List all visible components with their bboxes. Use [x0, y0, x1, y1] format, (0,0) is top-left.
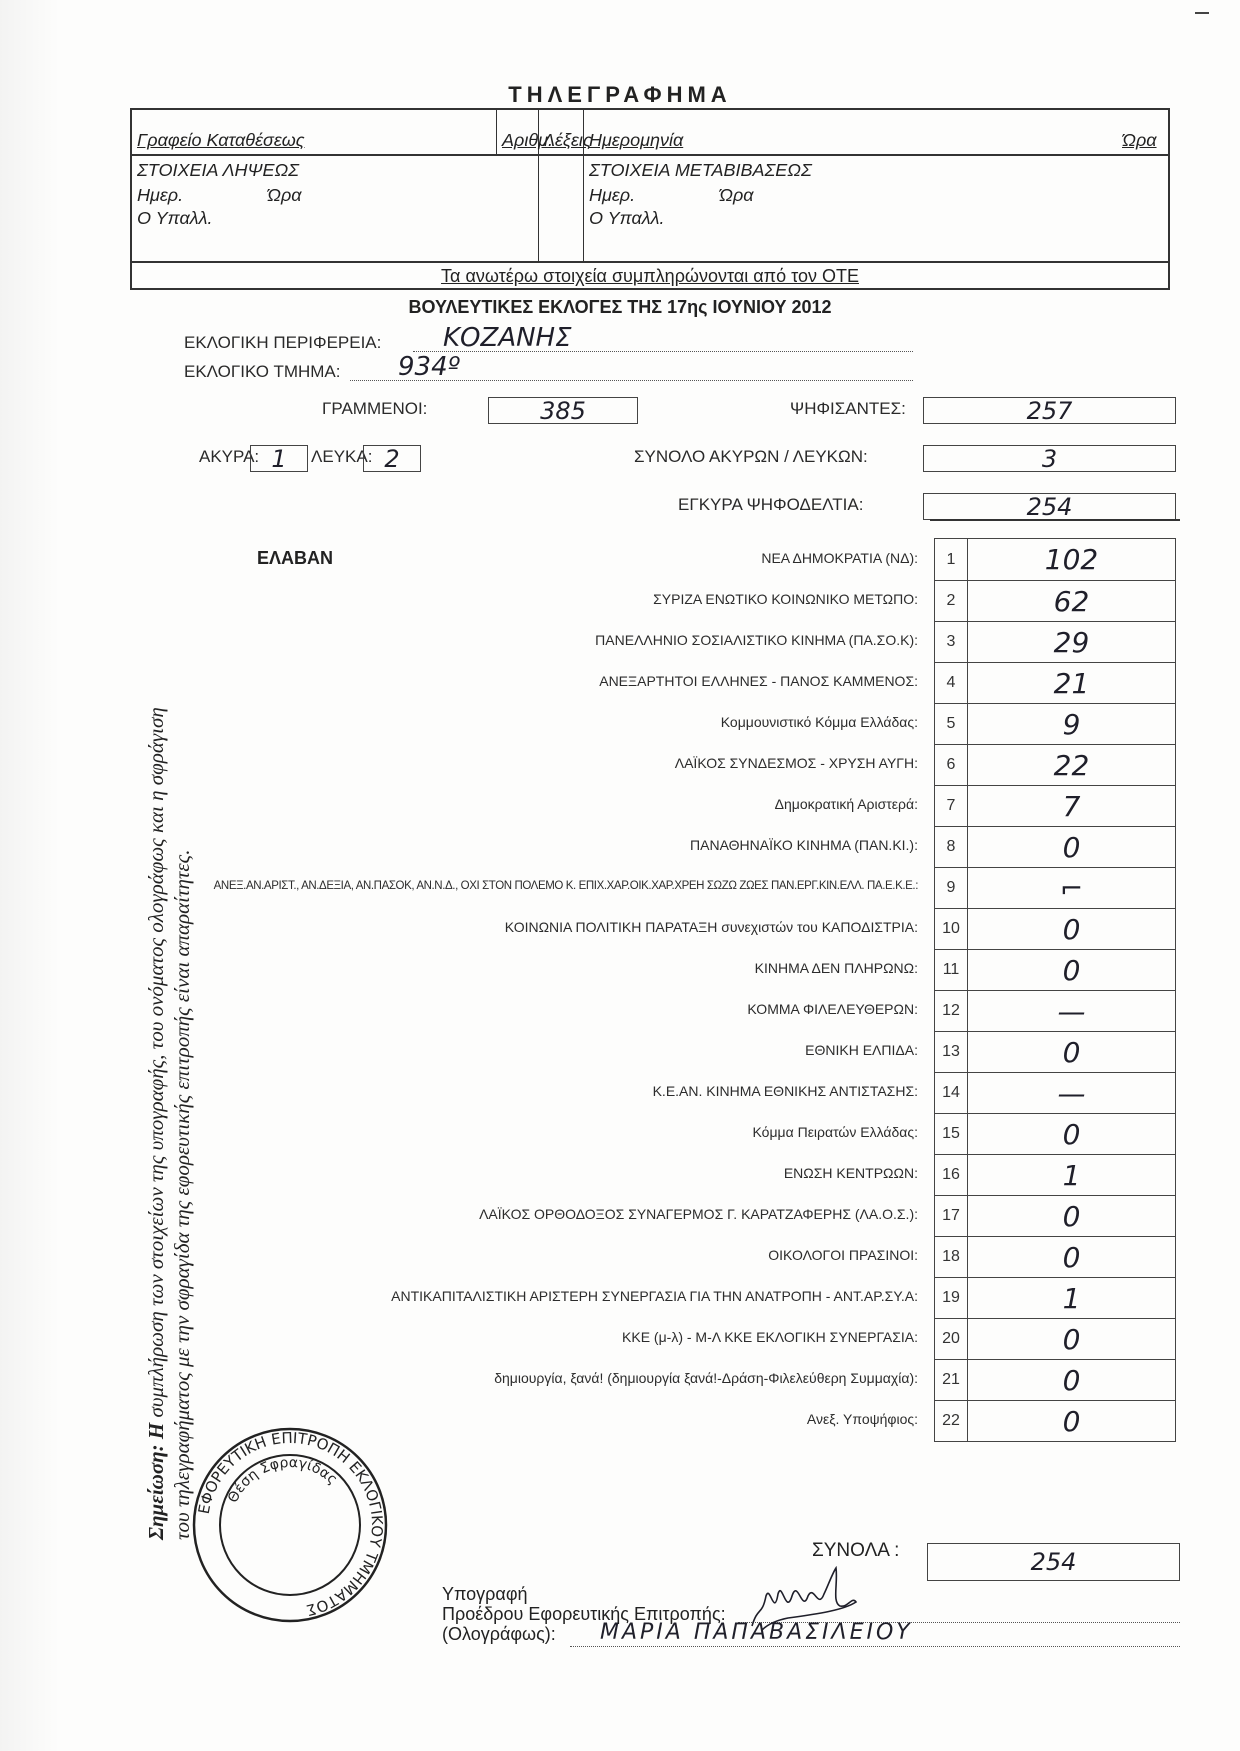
- results-table: 11022623294215962277809⌐10011012—13014—1…: [934, 538, 1176, 1442]
- party-votes-field[interactable]: 0: [968, 1196, 1175, 1236]
- section-value: 934º: [398, 352, 460, 382]
- party-votes-field[interactable]: 7: [968, 786, 1175, 826]
- party-votes-field[interactable]: 0: [968, 1360, 1175, 1400]
- party-number: 21: [935, 1360, 968, 1400]
- valid-label: ΕΓΚΥΡΑ ΨΗΦΟΔΕΛΤΙΑ:: [678, 495, 863, 515]
- party-name: ΚΟΙΝΩΝΙΑ ΠΟΛΙΤΙΚΗ ΠΑΡΑΤΑΞΗ συνεχιστών το…: [505, 919, 918, 935]
- party-number: 6: [935, 745, 968, 785]
- invalid-value: 1: [271, 445, 286, 473]
- ote-box: Γραφείο Καταθέσεως Αριθμ. Λέξεις Ημερομη…: [130, 108, 1170, 290]
- party-votes: 22: [1054, 749, 1090, 782]
- party-name: ΚΚΕ (μ-λ) - Μ-Λ ΚΚΕ ΕΚΛΟΓΙΚΗ ΣΥΝΕΡΓΑΣΙΑ:: [622, 1329, 918, 1345]
- party-number: 11: [935, 950, 968, 990]
- full-name-field[interactable]: [570, 1646, 1180, 1647]
- invalid-blank-total-label: ΣΥΝΟΛΟ ΑΚΥΡΩΝ / ΛΕΥΚΩΝ:: [634, 447, 868, 467]
- party-name: Ανεξ. Υποψήφιος:: [807, 1411, 918, 1427]
- invalid-blank-total-field[interactable]: 3: [923, 445, 1176, 472]
- results-row: 191: [935, 1277, 1175, 1318]
- results-row: 100: [935, 908, 1175, 949]
- results-row: 80: [935, 826, 1175, 867]
- party-name: ΑΝΕΞΑΡΤΗΤΟΙ ΕΛΛΗΝΕΣ - ΠΑΝΟΣ ΚΑΜΜΕΝΟΣ:: [599, 673, 918, 689]
- results-row: 161: [935, 1154, 1175, 1195]
- receipt-clerk-label: Ο Υπαλλ.: [137, 208, 212, 229]
- results-row: 110: [935, 949, 1175, 990]
- party-number: 7: [935, 786, 968, 826]
- party-votes: 0: [1063, 1364, 1081, 1397]
- district-field[interactable]: ΚΟΖΑΝΗΣ: [413, 327, 913, 352]
- results-row: 59: [935, 703, 1175, 744]
- time-label: Ώρα: [1122, 130, 1157, 151]
- party-votes: 0: [1063, 1323, 1081, 1356]
- party-votes-field[interactable]: 62: [968, 581, 1175, 621]
- president-name: ΜΑΡΙΑ ΠΑΠΑΒΑΣΙΛΕΙΟΥ: [600, 1620, 913, 1645]
- results-row: 180: [935, 1236, 1175, 1277]
- party-votes: 9: [1063, 708, 1081, 741]
- party-votes: 0: [1063, 831, 1081, 864]
- party-votes-field[interactable]: 0: [968, 1237, 1175, 1277]
- totals-field[interactable]: 254: [927, 1543, 1180, 1581]
- party-votes-field[interactable]: 0: [968, 950, 1175, 990]
- party-votes: 1: [1063, 1282, 1081, 1315]
- invalid-field[interactable]: 1: [250, 445, 308, 472]
- receipt-date-label: Ημερ.: [137, 185, 183, 206]
- blank-value: 2: [384, 445, 399, 473]
- party-votes: 0: [1063, 1036, 1081, 1069]
- election-title: ΒΟΥΛΕΥΤΙΚΕΣ ΕΚΛΟΓΕΣ ΤΗΣ 17ης ΙΟΥΝΙΟΥ 201…: [0, 297, 1240, 318]
- party-name: ΠΑΝΕΛΛΗΝΙΟ ΣΟΣΙΑΛΙΣΤΙΚΟ ΚΙΝΗΜΑ (ΠΑ.ΣΟ.Κ)…: [595, 632, 918, 648]
- party-votes: 0: [1063, 1241, 1081, 1274]
- valid-field[interactable]: 254: [923, 493, 1176, 520]
- party-number: 18: [935, 1237, 968, 1277]
- side-note-line2: του τηλεγραφήματος με την σφραγίδα της ε…: [169, 520, 195, 1540]
- party-name: ΚΟΜΜΑ ΦΙΛΕΛΕΥΘΕΡΩΝ:: [747, 1001, 918, 1017]
- party-votes-field[interactable]: 9: [968, 704, 1175, 744]
- invalid-blank-total-value: 3: [1042, 445, 1057, 473]
- party-votes-field[interactable]: 22: [968, 745, 1175, 785]
- party-number: 17: [935, 1196, 968, 1236]
- party-votes-field[interactable]: —: [968, 991, 1175, 1031]
- results-row: 77: [935, 785, 1175, 826]
- party-number: 14: [935, 1073, 968, 1113]
- party-name: Δημοκρατική Αριστερά:: [775, 796, 918, 812]
- party-votes-field[interactable]: —: [968, 1073, 1175, 1113]
- party-number: 4: [935, 663, 968, 703]
- party-name: ΕΝΩΣΗ ΚΕΝΤΡΩΩΝ:: [784, 1165, 918, 1181]
- results-row: 12—: [935, 990, 1175, 1031]
- party-votes: 0: [1063, 1405, 1081, 1438]
- document-title: ΤΗΛΕΓΡΑΦΗΜΑ: [0, 82, 1240, 108]
- received-heading: ΕΛΑΒΑΝ: [257, 548, 333, 569]
- party-number: 19: [935, 1278, 968, 1318]
- party-votes: 102: [1045, 543, 1098, 576]
- party-votes-field[interactable]: ⌐: [968, 868, 1175, 908]
- party-number: 5: [935, 704, 968, 744]
- party-votes-field[interactable]: 0: [968, 1114, 1175, 1154]
- party-votes: —: [1058, 1077, 1086, 1110]
- party-votes: 0: [1063, 1200, 1081, 1233]
- party-votes: 0: [1063, 954, 1081, 987]
- party-votes: 0: [1063, 1118, 1081, 1151]
- registered-value: 385: [540, 397, 586, 425]
- results-row: 421: [935, 662, 1175, 703]
- party-number: 1: [935, 539, 968, 580]
- party-number: 9: [935, 868, 968, 908]
- words-label: Λέξεις: [543, 130, 592, 151]
- receipt-heading: ΣΤΟΙΧΕΙΑ ΛΗΨΕΩΣ: [137, 160, 299, 181]
- party-number: 20: [935, 1319, 968, 1359]
- party-name: ΟΙΚΟΛΟΓΟΙ ΠΡΑΣΙΝΟΙ:: [768, 1247, 918, 1263]
- results-row: 220: [935, 1400, 1175, 1441]
- receipt-time-label: Ώρα: [267, 185, 302, 206]
- deposit-office-label: Γραφείο Καταθέσεως: [137, 130, 305, 151]
- valid-value: 254: [1027, 493, 1073, 521]
- voted-value: 257: [1027, 397, 1073, 425]
- divider: [132, 261, 1168, 263]
- party-votes: 7: [1063, 790, 1081, 823]
- party-number: 2: [935, 581, 968, 621]
- page-mark: [1195, 12, 1209, 14]
- district-value: ΚΟΖΑΝΗΣ: [443, 323, 572, 353]
- party-name: ΕΘΝΙΚΗ ΕΛΠΙΔΑ:: [805, 1042, 918, 1058]
- district-label: ΕΚΛΟΓΙΚΗ ΠΕΡΙΦΕΡΕΙΑ:: [184, 333, 381, 353]
- party-votes-field[interactable]: 1: [968, 1155, 1175, 1195]
- section-label: ΕΚΛΟΓΙΚΟ ΤΜΗΜΑ:: [184, 362, 341, 382]
- party-number: 10: [935, 909, 968, 949]
- registered-label: ΓΡΑΜΜΕΝΟΙ:: [322, 399, 427, 419]
- party-name: ΛΑΪΚΟΣ ΣΥΝΔΕΣΜΟΣ - ΧΡΥΣΗ ΑΥΓΗ:: [675, 755, 918, 771]
- date-label: Ημερομηνία: [589, 130, 683, 151]
- party-votes: 21: [1054, 667, 1090, 700]
- party-name: ΠΑΝΑΘΗΝΑΪΚΟ ΚΙΝΗΜΑ (ΠΑΝ.ΚΙ.):: [690, 837, 918, 853]
- results-row: 1102: [935, 539, 1175, 580]
- results-row: 262: [935, 580, 1175, 621]
- party-name: ΣΥΡΙΖΑ ΕΝΩΤΙΚΟ ΚΟΙΝΩΝΙΚΟ ΜΕΤΩΠΟ:: [653, 591, 918, 607]
- party-name: δημιουργία, ξανά! (δημιουργία ξανά!-Δράσ…: [494, 1370, 918, 1386]
- committee-stamp: ΕΦΟΡΕΥΤΙΚΗ ΕΠΙΤΡΟΠΗ ΕΚΛΟΓΙΚΟΥ ΤΜΗΜΑΤΟΣ Θ…: [190, 1425, 390, 1625]
- totals-label: ΣΥΝΟΛΑ :: [812, 1540, 899, 1562]
- transmission-date-label: Ημερ.: [589, 185, 635, 206]
- transmission-time-label: Ώρα: [719, 185, 754, 206]
- party-votes: 29: [1054, 626, 1090, 659]
- party-number: 12: [935, 991, 968, 1031]
- divider: [132, 154, 1168, 156]
- side-note: Σημείωση: Η συμπλήρωση των στοιχείων της…: [143, 520, 195, 1540]
- ote-note: Τα ανωτέρω στοιχεία συμπληρώνονται από τ…: [132, 266, 1168, 287]
- party-number: 22: [935, 1401, 968, 1441]
- results-row: 150: [935, 1113, 1175, 1154]
- party-votes-field[interactable]: 102: [968, 539, 1175, 580]
- registered-field[interactable]: 385: [488, 397, 638, 424]
- party-votes: 0: [1063, 913, 1081, 946]
- voted-field[interactable]: 257: [923, 397, 1176, 424]
- party-votes-field[interactable]: 29: [968, 622, 1175, 662]
- party-name: Κομμουνιστικό Κόμμα Ελλάδας:: [721, 714, 918, 730]
- party-votes-field[interactable]: 0: [968, 1319, 1175, 1359]
- results-row: 14—: [935, 1072, 1175, 1113]
- party-name: Κ.Ε.ΑΝ. ΚΙΝΗΜΑ ΕΘΝΙΚΗΣ ΑΝΤΙΣΤΑΣΗΣ:: [653, 1083, 918, 1099]
- party-number: 16: [935, 1155, 968, 1195]
- results-row: 170: [935, 1195, 1175, 1236]
- side-note-line1: συμπλήρωση των στοιχείων της υπογραφής, …: [144, 707, 168, 1423]
- party-name: ΑΝΤΙΚΑΠΙΤΑΛΙΣΤΙΚΗ ΑΡΙΣΤΕΡΗ ΣΥΝΕΡΓΑΣΙΑ ΓΙ…: [391, 1288, 918, 1304]
- section-field[interactable]: 934º: [350, 356, 913, 381]
- divider: [496, 110, 497, 154]
- separator: [930, 519, 1180, 521]
- party-name: ΝΕΑ ΔΗΜΟΚΡΑΤΙΑ (ΝΔ):: [761, 550, 918, 566]
- totals-value: 254: [1031, 1548, 1077, 1576]
- results-row: 130: [935, 1031, 1175, 1072]
- party-votes-field[interactable]: 21: [968, 663, 1175, 703]
- voted-label: ΨΗΦΙΣΑΝΤΕΣ:: [790, 399, 906, 419]
- party-name: ΚΙΝΗΜΑ ΔΕΝ ΠΛΗΡΩΝΩ:: [755, 960, 918, 976]
- blank-field[interactable]: 2: [363, 445, 421, 472]
- party-name: Κόμμα Πειρατών Ελλάδας:: [753, 1124, 918, 1140]
- results-row: 622: [935, 744, 1175, 785]
- transmission-heading: ΣΤΟΙΧΕΙΑ ΜΕΤΑΒΙΒΑΣΕΩΣ: [589, 160, 812, 181]
- results-row: 9⌐: [935, 867, 1175, 908]
- party-votes-field[interactable]: 0: [968, 1032, 1175, 1072]
- party-number: 3: [935, 622, 968, 662]
- party-name: ΑΝΕΞ.ΑΝ.ΑΡΙΣΤ., ΑΝ.ΔΕΞΙΑ, ΑΝ.ΠΑΣΟΚ, ΑΝ.Ν…: [214, 880, 918, 892]
- party-votes-field[interactable]: 0: [968, 1401, 1175, 1441]
- party-votes-field[interactable]: 0: [968, 827, 1175, 867]
- transmission-clerk-label: Ο Υπαλλ.: [589, 208, 664, 229]
- signature-label: Υπογραφή: [442, 1584, 726, 1604]
- party-votes: —: [1058, 995, 1086, 1028]
- party-number: 15: [935, 1114, 968, 1154]
- party-number: 13: [935, 1032, 968, 1072]
- party-number: 8: [935, 827, 968, 867]
- side-note-prefix: Σημείωση: Η: [144, 1423, 168, 1540]
- party-votes-field[interactable]: 1: [968, 1278, 1175, 1318]
- party-votes-field[interactable]: 0: [968, 909, 1175, 949]
- party-name: ΛΑΪΚΟΣ ΟΡΘΟΔΟΞΟΣ ΣΥΝΑΓΕΡΜΟΣ Γ. ΚΑΡΑΤΖΑΦΕ…: [479, 1206, 918, 1222]
- party-votes: 62: [1054, 585, 1090, 618]
- party-votes: ⌐: [1060, 872, 1083, 905]
- scan-edge-shadow: [0, 0, 60, 1751]
- party-votes: 1: [1063, 1159, 1081, 1192]
- results-row: 200: [935, 1318, 1175, 1359]
- results-row: 210: [935, 1359, 1175, 1400]
- results-row: 329: [935, 621, 1175, 662]
